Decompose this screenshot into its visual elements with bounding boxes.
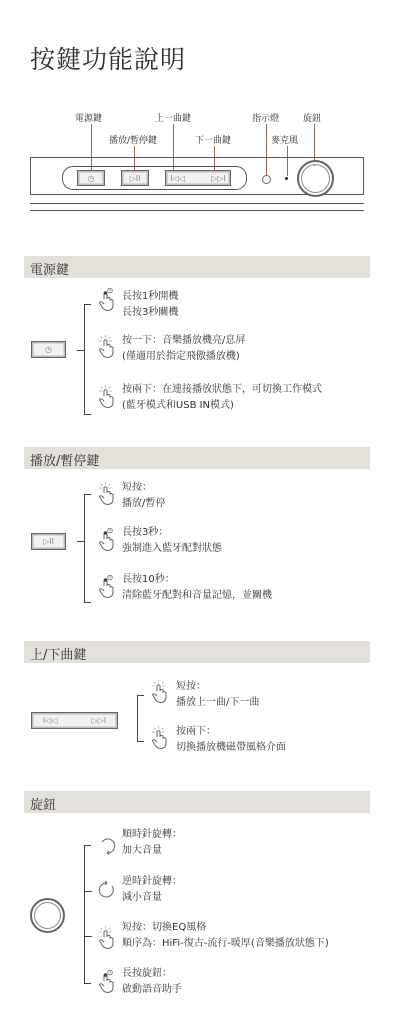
item-text: 短按： 播放上一曲/下一曲 (176, 679, 259, 711)
section-title: 旋鈕 (30, 794, 56, 813)
power-button[interactable]: ◷ (77, 170, 105, 186)
long-press-hand-icon (96, 575, 118, 599)
bracket-tick (84, 936, 92, 937)
rotate-clockwise-icon (96, 834, 118, 858)
knob[interactable] (297, 160, 334, 197)
item-text: 順時針旋轉： 加大音量 (122, 827, 182, 859)
section-title: 上/下曲鍵 (30, 644, 86, 663)
play-pause-icon: ▷II (43, 537, 54, 546)
label-next: 下一曲鍵 (195, 133, 231, 146)
item-text: 按一下：音樂播放機亮/息屏 (僅適用於指定飛傲播放機) (122, 333, 245, 365)
tap-hand-icon (96, 482, 118, 506)
tap-hand-icon (96, 335, 118, 359)
next-icon: ▷▷I (92, 716, 107, 725)
item-text: 逆時針旋轉： 減小音量 (122, 874, 182, 906)
item-text: 長按10秒： 清除藍牙配對和音量記憶，並關機 (122, 572, 272, 604)
prev-icon: I◁◁ (170, 174, 185, 183)
item-text: 長按旋鈕： 啟動語音助手 (122, 966, 182, 998)
prev-next-button[interactable]: I◁◁ ▷▷I (165, 170, 231, 186)
tap-hand-icon (96, 926, 118, 950)
bracket (84, 494, 91, 603)
label-mic: 麥克風 (271, 133, 298, 146)
label-prev: 上一曲鍵 (155, 111, 191, 124)
item-text: 短按：切換EQ風格 順序為：HiFi-復古-流行-暖厚(音樂播放狀態下) (122, 920, 329, 952)
power-icon: ◷ (88, 174, 95, 183)
section-header-prev-next: 上/下曲鍵 (24, 641, 370, 663)
next-icon: ▷▷I (211, 174, 226, 183)
item-text: 按兩下： 切換播放機磁帶風格介面 (176, 724, 286, 756)
long-press-hand-icon (96, 970, 118, 994)
play-pause-button-illustration: ▷II (31, 533, 66, 550)
bracket-tick (77, 541, 85, 542)
section-title: 播放/暫停鍵 (30, 450, 99, 469)
section-header-play-pause: 播放/暫停鍵 (24, 447, 370, 469)
tap-hand-icon (149, 726, 171, 750)
label-power: 電源鍵 (75, 111, 102, 124)
bracket-tick (77, 350, 85, 351)
page-title: 按鍵功能說明 (30, 40, 186, 76)
indicator-light (262, 175, 271, 184)
bracket-tick (84, 891, 92, 892)
bracket (137, 695, 144, 742)
section-title: 電源鍵 (30, 259, 69, 278)
item-text: 按兩下：在連接播放狀態下，可切換工作模式 (藍牙模式和USB IN模式) (122, 382, 322, 414)
item-text: 長按1秒開機 長按3秒關機 (122, 289, 178, 321)
tap-hand-icon (96, 385, 118, 409)
long-press-hand-icon (96, 288, 118, 312)
tap-hand-icon (149, 680, 171, 704)
label-knob: 旋鈕 (303, 111, 321, 124)
bracket (84, 845, 91, 984)
label-play-pause: 播放/暫停鍵 (109, 133, 157, 146)
prev-next-button-illustration: I◁◁ ▷▷I (31, 712, 118, 729)
prev-icon: I◁◁ (43, 716, 58, 725)
section-header-power: 電源鍵 (24, 256, 370, 278)
power-button-illustration: ◷ (31, 341, 66, 358)
play-pause-icon: ▷II (130, 174, 141, 183)
long-press-hand-icon (96, 528, 118, 552)
label-indicator: 指示燈 (252, 111, 279, 124)
play-pause-button[interactable]: ▷II (121, 170, 149, 186)
device-rail (30, 203, 364, 211)
knob-illustration (30, 898, 65, 933)
mic-hole (285, 177, 288, 180)
rotate-counterclockwise-icon (96, 878, 118, 902)
bracket (84, 304, 91, 415)
item-text: 長按3秒： 強制進入藍牙配對狀態 (122, 525, 222, 557)
power-icon: ◷ (45, 345, 52, 354)
item-text: 短按： 播放/暫停 (122, 480, 165, 512)
section-header-knob: 旋鈕 (24, 791, 370, 813)
